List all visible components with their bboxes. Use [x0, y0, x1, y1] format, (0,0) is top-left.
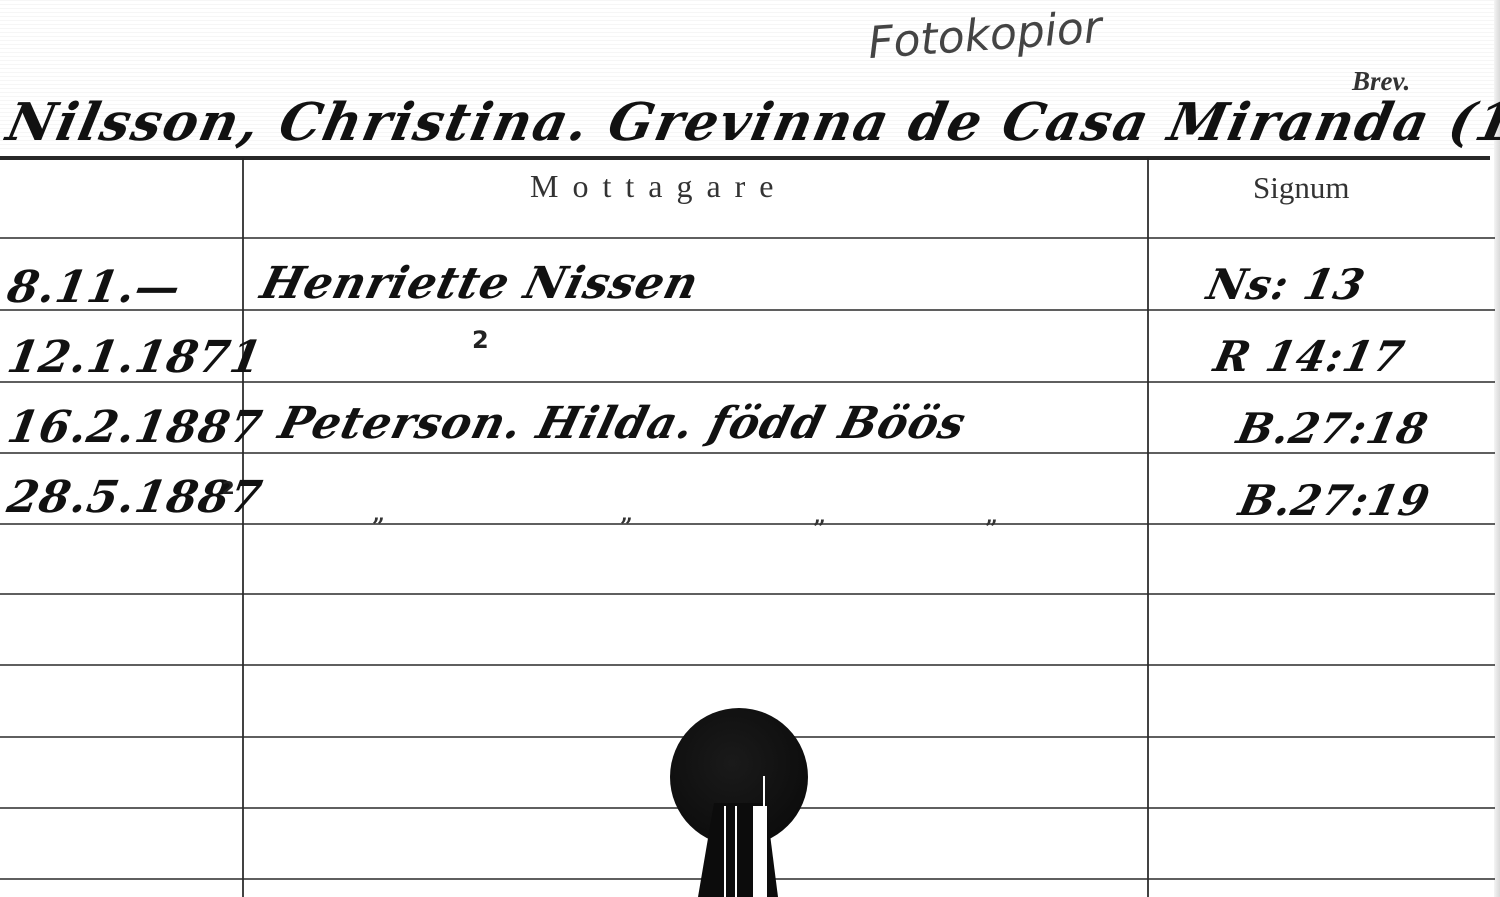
row-rule	[0, 237, 1495, 239]
scan-artifact	[753, 806, 767, 897]
scan-artifact	[724, 806, 726, 897]
title-underline	[0, 156, 1490, 160]
scan-artifact	[735, 806, 737, 897]
ditto-mark: ”	[620, 514, 633, 540]
entry-signum: B.27:18	[1233, 404, 1433, 453]
column-divider-signum	[1147, 158, 1149, 897]
ditto-mark: ”	[813, 516, 826, 542]
ditto-mark: ”	[372, 514, 385, 540]
entry-date: 8.11.—	[4, 262, 185, 313]
card-title-name: Nilsson, Christina. Grevinna de Casa Mir…	[2, 92, 1500, 153]
entry-recipient: Henriette Nissen	[256, 258, 705, 309]
column-divider-date	[242, 158, 244, 897]
row-rule	[0, 309, 1495, 311]
row-rule	[0, 664, 1495, 666]
recipient-footnote-mark: 2	[472, 326, 489, 354]
entry-date: 12.1.1871	[4, 332, 267, 383]
entry-signum: Ns: 13	[1203, 260, 1370, 309]
column-header-mottagare: Mottagare	[530, 168, 788, 205]
punch-hole	[670, 708, 810, 897]
entry-recipient: Peterson. Hilda. född Böös	[274, 398, 972, 449]
index-card: Fotokopior Brev. Nilsson, Christina. Gre…	[0, 0, 1500, 897]
entry-date: 16.2.1887	[4, 402, 267, 453]
row-rule	[0, 593, 1495, 595]
annotation-fotokopior: Fotokopior	[867, 2, 1104, 69]
entry-signum: B.27:19	[1235, 476, 1435, 525]
date-footnote-mark: 2	[222, 478, 235, 499]
entry-signum: R 14:17	[1210, 332, 1409, 381]
column-header-signum: Signum	[1253, 170, 1349, 206]
ditto-mark: ”	[985, 516, 998, 542]
